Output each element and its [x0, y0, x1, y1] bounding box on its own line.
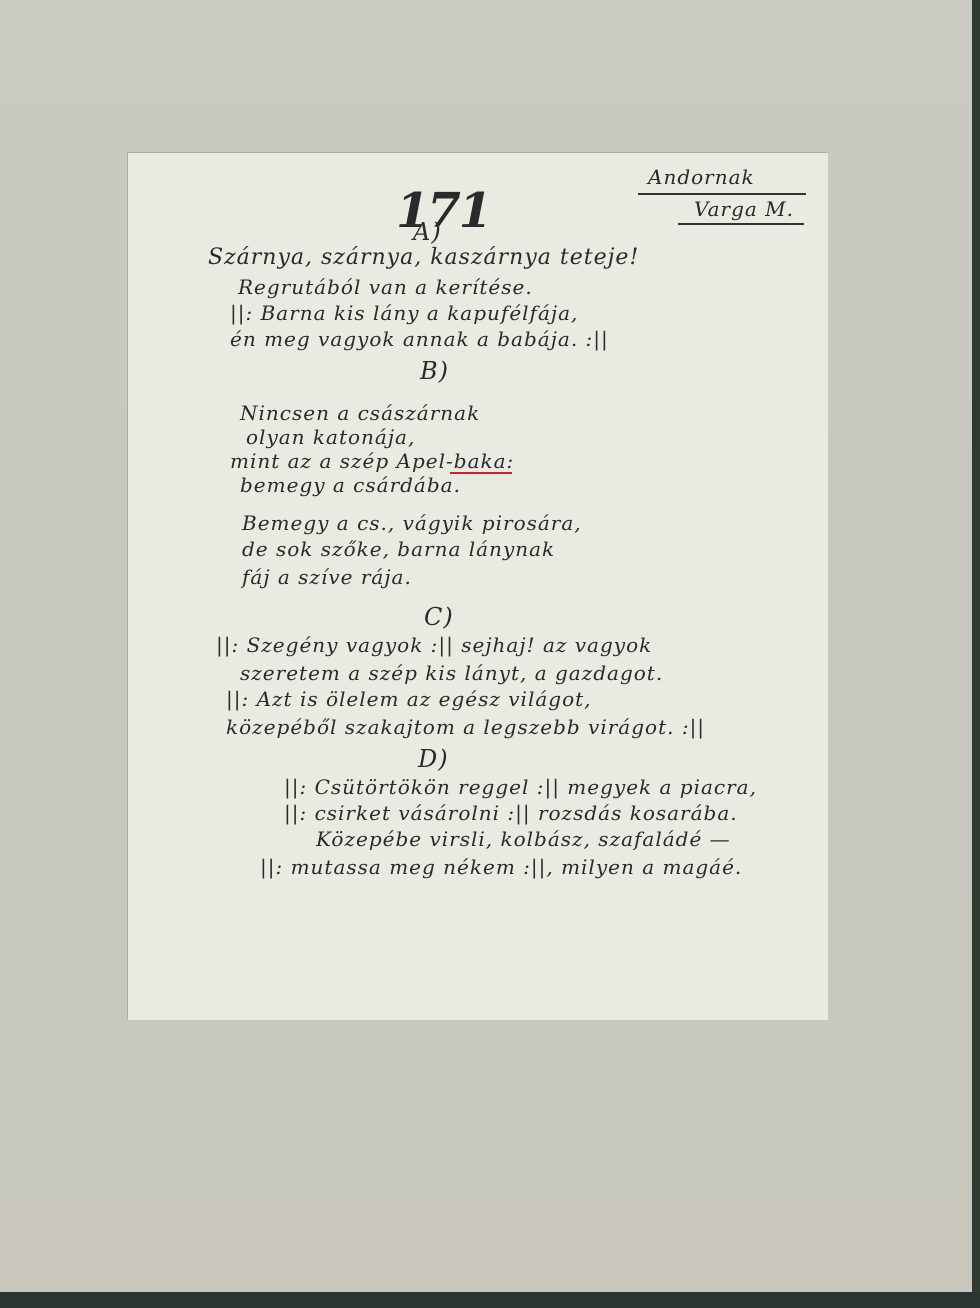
verse-line: olyan katonája, [246, 425, 415, 449]
annotation-rule [638, 193, 806, 195]
verse-line: ||: Barna kis lány a kapufélfája, [230, 301, 578, 325]
verse-line: Szárnya, szárnya, kaszárnya teteje! [208, 245, 639, 270]
section-label-d: D) [418, 745, 449, 773]
verse-line: de sok szőke, barna lánynak [242, 537, 555, 561]
verse-line: szeretem a szép kis lányt, a gazdagot. [240, 661, 663, 685]
place-annotation: Andornak [648, 165, 755, 189]
collector-annotation: Varga M. [694, 197, 794, 221]
verse-line: fáj a szíve rája. [242, 565, 412, 589]
verse-line: ||: csirket vásárolni :|| rozsdás kosará… [284, 801, 738, 825]
verse-line: ||: Szegény vagyok :|| sejhaj! az vagyok [216, 633, 652, 657]
verse-line: mint az a szép Apel-baka: [230, 449, 514, 473]
verse-line: én meg vagyok annak a babája. :|| [230, 327, 609, 351]
verse-line: ||: mutassa meg nékem :||, milyen a magá… [260, 855, 742, 879]
verse-line: bemegy a csárdába. [240, 473, 461, 497]
verse-line: ||: Azt is ölelem az egész világot, [226, 687, 592, 711]
annotation-rule [678, 223, 804, 225]
section-label-b: B) [420, 357, 449, 385]
section-label-a: A) [413, 218, 442, 246]
bottom-dark-edge [0, 1292, 980, 1308]
verse-line: Nincsen a császárnak [240, 401, 480, 425]
verse-line: Bemegy a cs., vágyik pirosára, [242, 511, 582, 535]
verse-line: Közepébe virsli, kolbász, szafaládé — [316, 827, 731, 851]
right-dark-edge [972, 0, 980, 1308]
verse-line: közepéből szakajtom a legszebb virágot. … [226, 715, 705, 739]
manuscript-sheet: 171 Andornak Varga M. A) Szárnya, szárny… [128, 153, 828, 1020]
song-number: 171 [396, 183, 490, 239]
section-label-c: C) [424, 603, 454, 631]
verse-line: ||: Csütörtökön reggel :|| megyek a piac… [284, 775, 757, 799]
verse-line: Regrutából van a kerítése. [238, 275, 533, 299]
